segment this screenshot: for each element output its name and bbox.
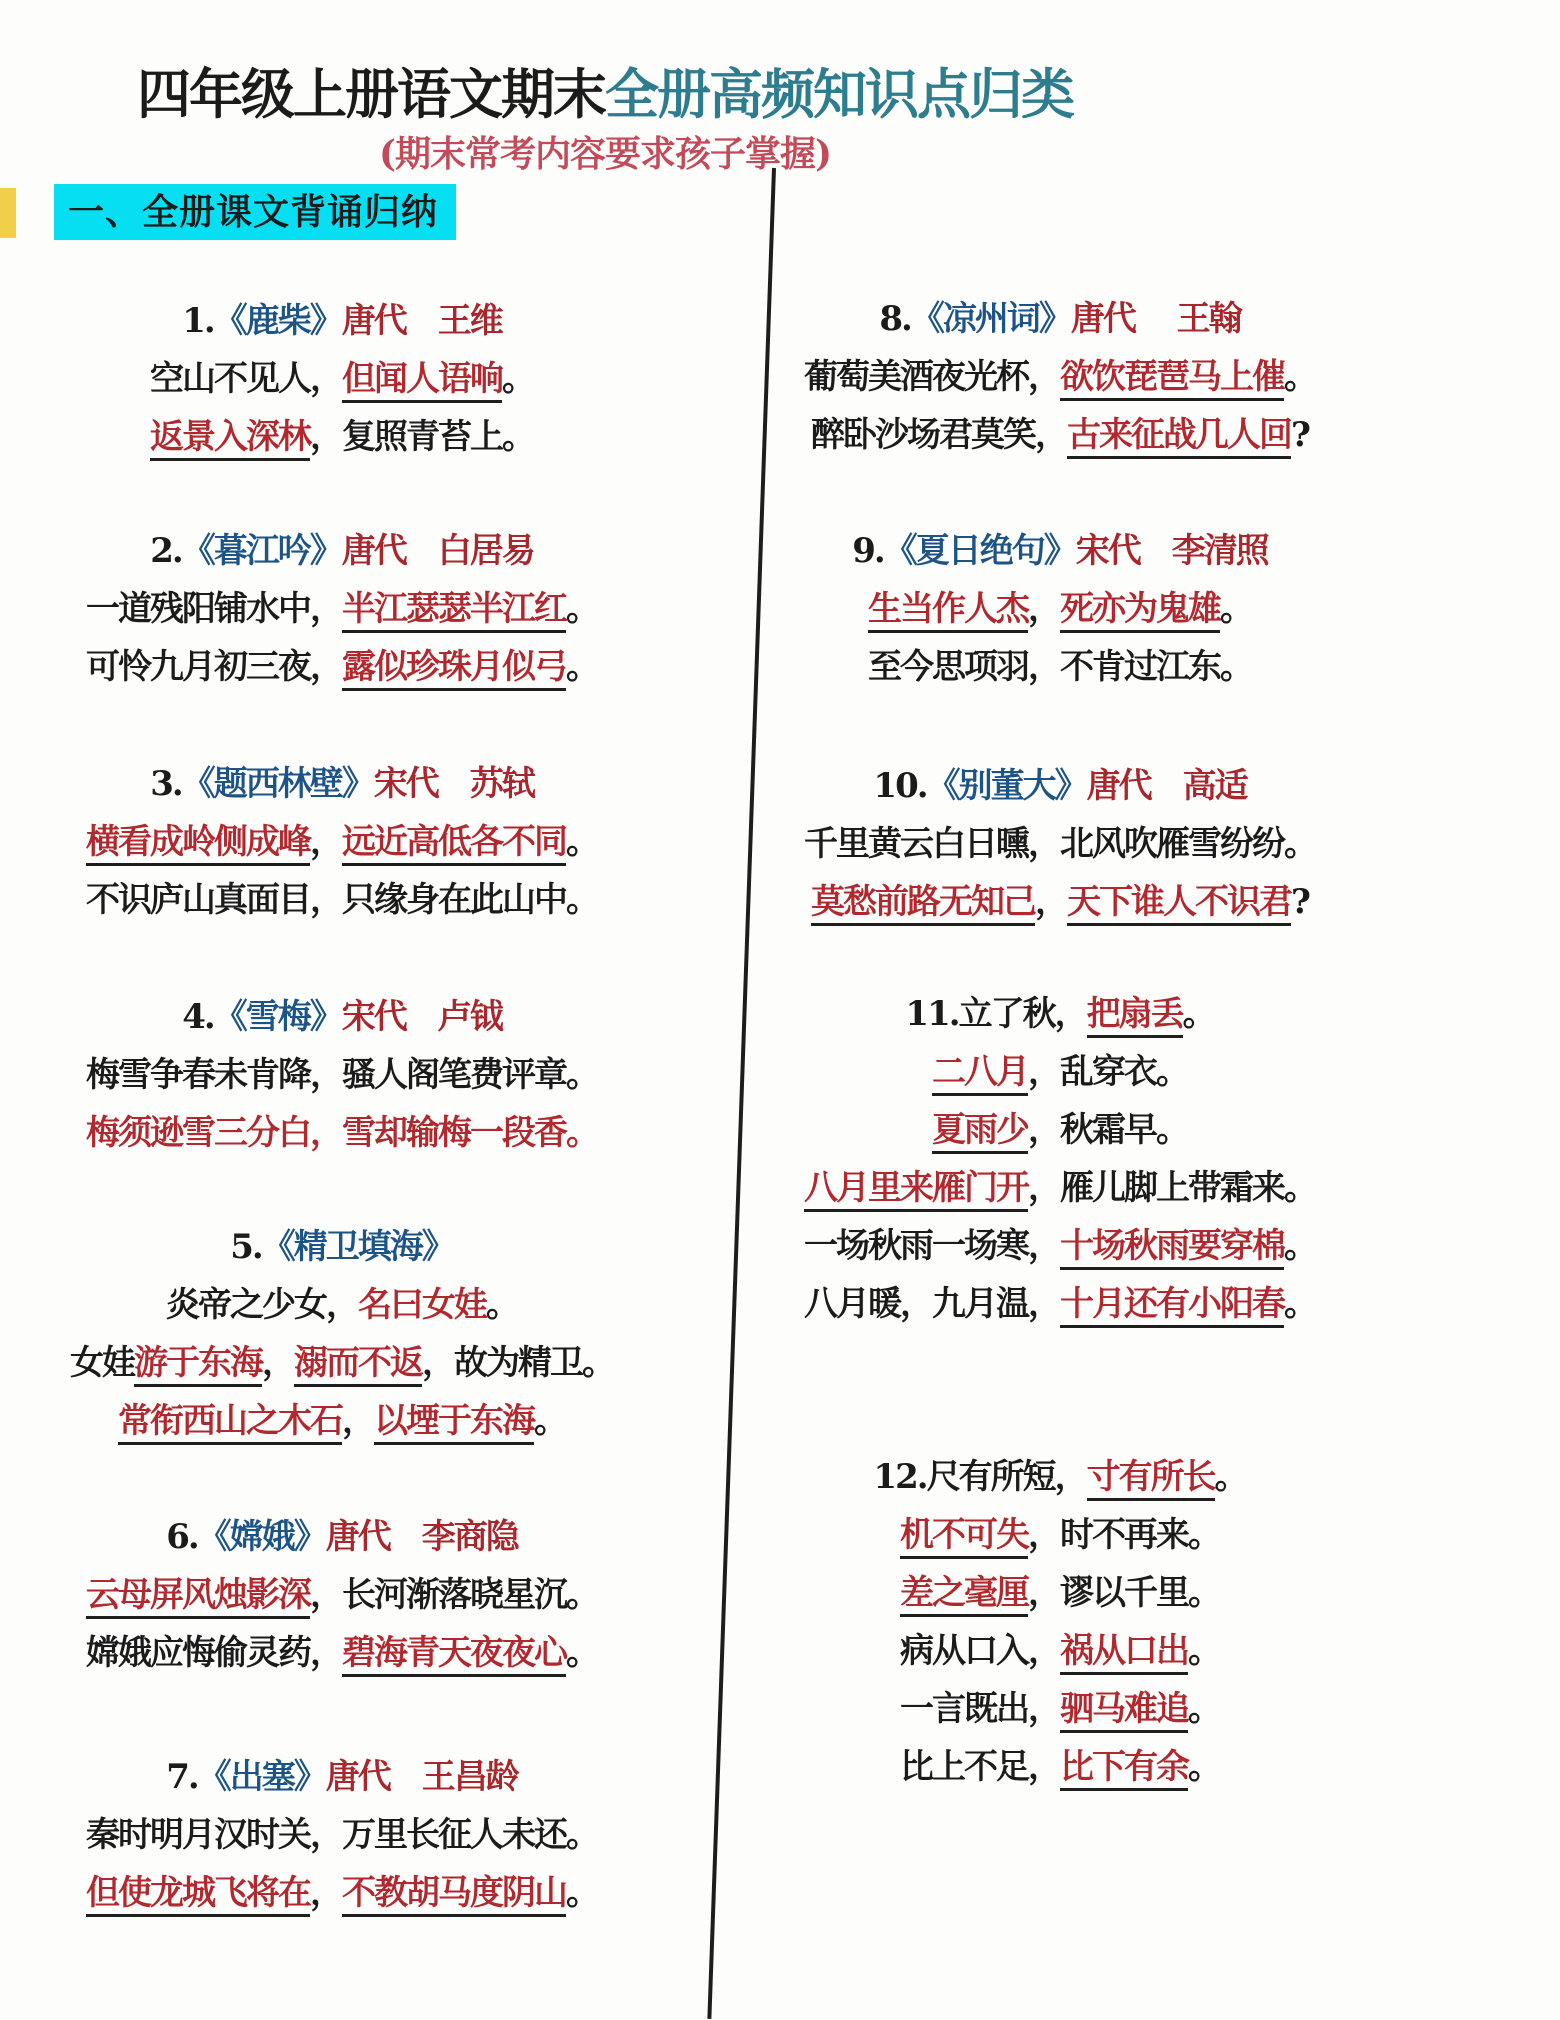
text-segment: 游于东海	[134, 1343, 262, 1387]
text-segment: 长河渐落晓星沉。	[342, 1575, 598, 1615]
text-segment: 云母屏风烛影深	[86, 1575, 310, 1619]
text-segment: 《题西林壁》	[182, 764, 374, 804]
text-segment: 6.	[166, 1517, 198, 1557]
text-segment: ，雁儿脚上带霜来。	[1028, 1168, 1316, 1208]
section-header: 一、全册课文背诵归纳	[54, 184, 456, 240]
poem-heading: 6.《嫦娥》唐代 李商隐	[22, 1508, 662, 1566]
text-segment: 《凉州词》	[911, 299, 1071, 339]
text-segment: 差之毫厘	[900, 1573, 1028, 1617]
text-segment: 可怜九月初三夜，	[86, 647, 342, 687]
text-segment: ，时不再来。	[1028, 1515, 1220, 1555]
text-segment: 10.	[873, 766, 926, 806]
text-segment: 7.	[166, 1757, 198, 1797]
text-segment: 5.	[230, 1227, 262, 1267]
poem-heading: 4.《雪梅》宋代 卢钺	[22, 988, 662, 1046]
poem-line: 比上不足，比下有余。	[740, 1738, 1380, 1796]
text-segment: 醉卧沙场君莫笑，	[811, 415, 1067, 455]
text-segment: 不教胡马度阴山	[342, 1873, 566, 1917]
text-segment: 梅雪争春未肯降，骚人阁笔费评章。	[86, 1055, 598, 1095]
poem-line: 八月暖，九月温，十月还有小阳春。	[740, 1275, 1380, 1333]
text-segment: 。	[1188, 1747, 1220, 1787]
text-segment: 比上不足，	[900, 1747, 1060, 1787]
page-title-teal-part: 全册高频知识点归类	[605, 62, 1073, 126]
poem-line: 空山不见人，但闻人语响。	[22, 350, 662, 408]
text-segment: 八月暖，九月温，	[804, 1284, 1060, 1324]
text-segment: 不识庐山真面目，只缘身在此山中。	[86, 880, 598, 920]
text-segment: ，	[310, 417, 342, 457]
text-segment: 宋代 李清照	[1076, 531, 1268, 571]
poem-line: 女娃游于东海，溺而不返，故为精卫。	[22, 1334, 662, 1392]
text-segment: 3.	[150, 764, 182, 804]
text-segment: 。	[566, 822, 598, 862]
poem-line: 但使龙城飞将在，不教胡马度阴山。	[22, 1864, 662, 1922]
text-segment: 常衔西山之木石	[118, 1401, 342, 1445]
poem-heading: 9.《夏日绝句》宋代 李清照	[740, 522, 1380, 580]
poem-heading: 10.《别董大》唐代 高适	[740, 757, 1380, 815]
poem-line: 云母屏风烛影深，长河渐落晓星沉。	[22, 1566, 662, 1624]
text-segment: 葡萄美酒夜光杯，	[804, 357, 1060, 397]
text-segment: 炎帝之少女，	[166, 1285, 358, 1325]
poem-block: 1.《鹿柴》唐代 王维空山不见人，但闻人语响。返景入深林，复照青苔上。	[22, 292, 662, 466]
poem-line: 生当作人杰，死亦为鬼雄。	[740, 580, 1380, 638]
poem-line: 机不可失，时不再来。	[740, 1506, 1380, 1564]
text-segment: 9.	[852, 531, 884, 571]
poem-line: 莫愁前路无知己，天下谁人不识君?	[740, 873, 1380, 931]
poem-line: 一道残阳铺水中，半江瑟瑟半江红。	[22, 580, 662, 638]
poem-block: 6.《嫦娥》唐代 李商隐云母屏风烛影深，长河渐落晓星沉。嫦娥应悔偷灵药，碧海青天…	[22, 1508, 662, 1682]
text-segment: 一言既出，	[900, 1689, 1060, 1729]
text-segment: ?	[1291, 882, 1309, 922]
text-segment: 比下有余	[1060, 1747, 1188, 1791]
text-segment: ，	[1028, 589, 1060, 629]
text-segment: 梅须逊雪三分白，雪却输梅一段香。	[86, 1113, 598, 1153]
text-segment: 寸有所长	[1087, 1457, 1215, 1501]
text-segment: 1.	[182, 301, 214, 341]
text-segment: 溺而不返	[294, 1343, 422, 1387]
text-segment: 病从口入，	[900, 1631, 1060, 1671]
poem-heading: 2.《暮江吟》唐代 白居易	[22, 522, 662, 580]
text-segment: 千里黄云白日曛，北风吹雁雪纷纷。	[804, 824, 1316, 864]
text-segment: 以堙于东海	[374, 1401, 534, 1445]
text-segment: 《嫦娥》	[198, 1517, 326, 1557]
text-segment: 生当作人杰	[868, 589, 1028, 633]
text-segment: 唐代 王翰	[1071, 299, 1241, 339]
poem-heading: 3.《题西林壁》宋代 苏轼	[22, 755, 662, 813]
poem-line: 炎帝之少女，名曰女娃。	[22, 1276, 662, 1334]
poem-block: 9.《夏日绝句》宋代 李清照生当作人杰，死亦为鬼雄。至今思项羽，不肯过江东。	[740, 522, 1380, 696]
text-segment: ，秋霜早。	[1028, 1110, 1188, 1150]
text-segment: ，乱穿衣。	[1028, 1052, 1188, 1092]
text-segment: 半江瑟瑟半江红	[342, 589, 566, 633]
text-segment: 秦时明月汉时关，万里长征人未还。	[86, 1815, 598, 1855]
text-segment: 。	[534, 1401, 566, 1441]
poem-line: 梅须逊雪三分白，雪却输梅一段香。	[22, 1104, 662, 1162]
poem-line: 返景入深林，复照青苔上。	[22, 408, 662, 466]
text-segment: 。	[566, 589, 598, 629]
text-segment: 但闻人语响	[342, 359, 502, 403]
poem-line: 病从口入，祸从口出。	[740, 1622, 1380, 1680]
poem-line: 秦时明月汉时关，万里长征人未还。	[22, 1806, 662, 1864]
text-segment: 唐代 李商隐	[326, 1517, 518, 1557]
text-segment: 古来征战几人回	[1067, 415, 1291, 459]
text-segment: 一场秋雨一场寒，	[804, 1226, 1060, 1266]
poem-line: 八月里来雁门开，雁儿脚上带霜来。	[740, 1159, 1380, 1217]
text-segment: 。	[566, 647, 598, 687]
text-segment: ?	[1291, 415, 1309, 455]
text-segment: 碧海青天夜夜心	[342, 1633, 566, 1677]
text-segment: 唐代 王昌龄	[326, 1757, 518, 1797]
poem-heading: 7.《出塞》唐代 王昌龄	[22, 1748, 662, 1806]
text-segment: 露似珍珠月似弓	[342, 647, 566, 691]
text-segment: 但使龙城飞将在	[86, 1873, 310, 1917]
poem-line: 嫦娥应悔偷灵药，碧海青天夜夜心。	[22, 1624, 662, 1682]
poem-line: 二八月，乱穿衣。	[740, 1043, 1380, 1101]
text-segment: ，	[1035, 882, 1067, 922]
text-segment: 《暮江吟》	[182, 531, 342, 571]
text-segment: 十场秋雨要穿棉	[1060, 1226, 1284, 1270]
rhyme-block: 12.尺有所短，寸有所长。机不可失，时不再来。差之毫厘，谬以千里。病从口入，祸从…	[740, 1448, 1380, 1796]
poem-line: 可怜九月初三夜，露似珍珠月似弓。	[22, 638, 662, 696]
text-segment: 空山不见人，	[150, 359, 342, 399]
text-segment: 《雪梅》	[214, 997, 342, 1037]
text-segment: 宋代 苏轼	[374, 764, 534, 804]
text-segment: 。	[566, 1873, 598, 1913]
poem-block: 4.《雪梅》宋代 卢钺梅雪争春未肯降，骚人阁笔费评章。梅须逊雪三分白，雪却输梅一…	[22, 988, 662, 1162]
text-segment: 一道残阳铺水中，	[86, 589, 342, 629]
text-segment: 名曰女娃	[358, 1285, 486, 1325]
text-segment: 。	[1188, 1631, 1220, 1671]
text-segment: 。	[1215, 1457, 1247, 1497]
text-segment: 十月还有小阳春	[1060, 1284, 1284, 1328]
text-segment: 。	[1284, 357, 1316, 397]
text-segment: 死亦为鬼雄	[1060, 589, 1220, 633]
text-segment: 横看成岭侧成峰	[86, 822, 310, 866]
text-segment: 唐代 白居易	[342, 531, 534, 571]
text-segment: 《夏日绝句》	[884, 531, 1076, 571]
poem-line: 至今思项羽，不肯过江东。	[740, 638, 1380, 696]
text-segment: 。	[566, 1633, 598, 1673]
yellow-accent-bar	[0, 188, 16, 238]
text-segment: 。	[502, 359, 534, 399]
poem-line: 千里黄云白日曛，北风吹雁雪纷纷。	[740, 815, 1380, 873]
text-segment: 《出塞》	[198, 1757, 326, 1797]
text-segment: 驷马难追	[1060, 1689, 1188, 1733]
text-segment: 。	[1284, 1226, 1316, 1266]
text-segment: 。	[486, 1285, 518, 1325]
text-segment: 女娃	[70, 1343, 134, 1383]
text-segment: ，	[310, 1575, 342, 1615]
text-segment: 至今思项羽，不肯过江东。	[868, 647, 1252, 687]
text-segment: 唐代 高适	[1087, 766, 1247, 806]
poem-line: 横看成岭侧成峰，远近高低各不同。	[22, 813, 662, 871]
text-segment: 。	[1188, 1689, 1220, 1729]
text-segment: 。	[1284, 1284, 1316, 1324]
text-segment: 祸从口出	[1060, 1631, 1188, 1675]
poem-line: 不识庐山真面目，只缘身在此山中。	[22, 871, 662, 929]
text-segment: 故为精卫。	[454, 1343, 614, 1383]
page-subtitle: (期末常考内容要求孩子掌握)	[0, 126, 1210, 177]
document-page: 四年级上册语文期末全册高频知识点归类 (期末常考内容要求孩子掌握) 一、全册课文…	[0, 0, 1560, 2020]
text-segment: 莫愁前路无知己	[811, 882, 1035, 926]
poem-line: 一场秋雨一场寒，十场秋雨要穿棉。	[740, 1217, 1380, 1275]
poem-block: 7.《出塞》唐代 王昌龄秦时明月汉时关，万里长征人未还。但使龙城飞将在，不教胡马…	[22, 1748, 662, 1922]
poem-heading: 1.《鹿柴》唐代 王维	[22, 292, 662, 350]
text-segment: 。	[1220, 589, 1252, 629]
text-segment: 《鹿柴》	[214, 301, 342, 341]
rhyme-block: 11.立了秋，把扇丢。二八月，乱穿衣。夏雨少，秋霜早。八月里来雁门开，雁儿脚上带…	[740, 985, 1380, 1333]
text-segment: 8.	[879, 299, 911, 339]
poem-block: 5.《精卫填海》炎帝之少女，名曰女娃。女娃游于东海，溺而不返，故为精卫。常衔西山…	[22, 1218, 662, 1450]
text-segment: ，谬以千里。	[1028, 1573, 1220, 1613]
text-segment: 返景入深林	[150, 417, 310, 461]
text-segment: ，	[422, 1343, 454, 1383]
page-title-black-part: 四年级上册语文期末	[137, 62, 605, 126]
poem-line: 夏雨少，秋霜早。	[740, 1101, 1380, 1159]
text-segment: 。	[1183, 994, 1215, 1034]
text-segment: 天下谁人不识君	[1067, 882, 1291, 926]
text-segment: 八月里来雁门开	[804, 1168, 1028, 1212]
poem-block: 3.《题西林壁》宋代 苏轼横看成岭侧成峰，远近高低各不同。不识庐山真面目，只缘身…	[22, 755, 662, 929]
poem-heading: 8.《凉州词》唐代 王翰	[740, 290, 1380, 348]
text-segment: ，	[310, 822, 342, 862]
text-segment: 二八月	[932, 1052, 1028, 1096]
poem-block: 8.《凉州词》唐代 王翰葡萄美酒夜光杯，欲饮琵琶马上催。醉卧沙场君莫笑，古来征战…	[740, 290, 1380, 464]
text-segment: 欲饮琵琶马上催	[1060, 357, 1284, 401]
text-segment: 12.尺有所短，	[873, 1457, 1086, 1497]
text-segment: 《精卫填海》	[262, 1227, 454, 1267]
poem-line: 一言既出，驷马难追。	[740, 1680, 1380, 1738]
text-segment: ，	[342, 1401, 374, 1441]
poem-line: 梅雪争春未肯降，骚人阁笔费评章。	[22, 1046, 662, 1104]
poem-line: 葡萄美酒夜光杯，欲饮琵琶马上催。	[740, 348, 1380, 406]
page-title: 四年级上册语文期末全册高频知识点归类	[0, 52, 1210, 129]
text-segment: ，	[310, 1873, 342, 1913]
text-segment: ，	[262, 1343, 294, 1383]
text-segment: 宋代 卢钺	[342, 997, 502, 1037]
text-segment: 《别董大》	[927, 766, 1087, 806]
poem-line: 12.尺有所短，寸有所长。	[740, 1448, 1380, 1506]
text-segment: 11.立了秋，	[905, 994, 1086, 1034]
text-segment: 嫦娥应悔偷灵药，	[86, 1633, 342, 1673]
text-segment: 机不可失	[900, 1515, 1028, 1559]
poem-line: 醉卧沙场君莫笑，古来征战几人回?	[740, 406, 1380, 464]
poem-block: 2.《暮江吟》唐代 白居易一道残阳铺水中，半江瑟瑟半江红。可怜九月初三夜，露似珍…	[22, 522, 662, 696]
text-segment: 唐代 王维	[342, 301, 502, 341]
text-segment: 远近高低各不同	[342, 822, 566, 866]
text-segment: 夏雨少	[932, 1110, 1028, 1154]
poem-block: 10.《别董大》唐代 高适千里黄云白日曛，北风吹雁雪纷纷。莫愁前路无知己，天下谁…	[740, 757, 1380, 931]
text-segment: 复照青苔上。	[342, 417, 534, 457]
text-segment: 4.	[182, 997, 214, 1037]
text-segment: 把扇丢	[1087, 994, 1183, 1038]
text-segment: 2.	[150, 531, 182, 571]
poem-line: 常衔西山之木石，以堙于东海。	[22, 1392, 662, 1450]
poem-heading: 5.《精卫填海》	[22, 1218, 662, 1276]
poem-line: 11.立了秋，把扇丢。	[740, 985, 1380, 1043]
poem-line: 差之毫厘，谬以千里。	[740, 1564, 1380, 1622]
